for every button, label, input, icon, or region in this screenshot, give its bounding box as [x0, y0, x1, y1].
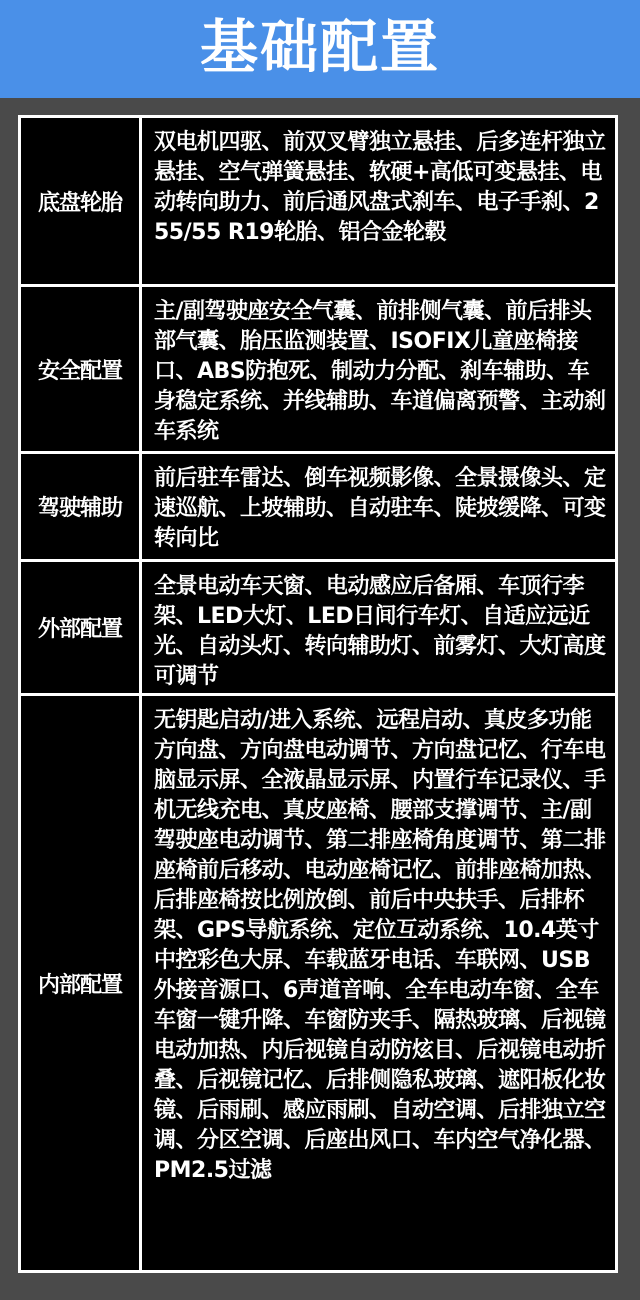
spec-row-driving-assist: 驾驶辅助 前后驻车雷达、倒车视频影像、全景摄像头、定速巡航、上坡辅助、自动驻车、… [21, 454, 615, 562]
spec-value: 前后驻车雷达、倒车视频影像、全景摄像头、定速巡航、上坡辅助、自动驻车、陡坡缓降、… [142, 454, 615, 559]
spec-label: 外部配置 [21, 562, 142, 693]
page-title: 基础配置 [200, 18, 440, 76]
spec-value: 无钥匙启动/进入系统、远程启动、真皮多功能方向盘、方向盘电动调节、方向盘记忆、行… [142, 696, 615, 1270]
spec-label: 安全配置 [21, 287, 142, 451]
page-header: 基础配置 [0, 0, 640, 98]
spec-value: 全景电动车天窗、电动感应后备厢、车顶行李架、LED大灯、LED日间行车灯、自适应… [142, 562, 615, 693]
spec-row-interior: 内部配置 无钥匙启动/进入系统、远程启动、真皮多功能方向盘、方向盘电动调节、方向… [21, 696, 615, 1270]
spec-row-exterior: 外部配置 全景电动车天窗、电动感应后备厢、车顶行李架、LED大灯、LED日间行车… [21, 562, 615, 696]
spec-label: 底盘轮胎 [21, 118, 142, 284]
spec-table: 底盘轮胎 双电机四驱、前双叉臂独立悬挂、后多连杆独立悬挂、空气弹簧悬挂、软硬+高… [18, 115, 618, 1273]
spec-value: 主/副驾驶座安全气囊、前排侧气囊、前后排头部气囊、胎压监测装置、ISOFIX儿童… [142, 287, 615, 451]
spec-label: 内部配置 [21, 696, 142, 1270]
spec-row-safety: 安全配置 主/副驾驶座安全气囊、前排侧气囊、前后排头部气囊、胎压监测装置、ISO… [21, 287, 615, 454]
spec-row-chassis: 底盘轮胎 双电机四驱、前双叉臂独立悬挂、后多连杆独立悬挂、空气弹簧悬挂、软硬+高… [21, 118, 615, 287]
spec-value: 双电机四驱、前双叉臂独立悬挂、后多连杆独立悬挂、空气弹簧悬挂、软硬+高低可变悬挂… [142, 118, 615, 284]
spec-label: 驾驶辅助 [21, 454, 142, 559]
